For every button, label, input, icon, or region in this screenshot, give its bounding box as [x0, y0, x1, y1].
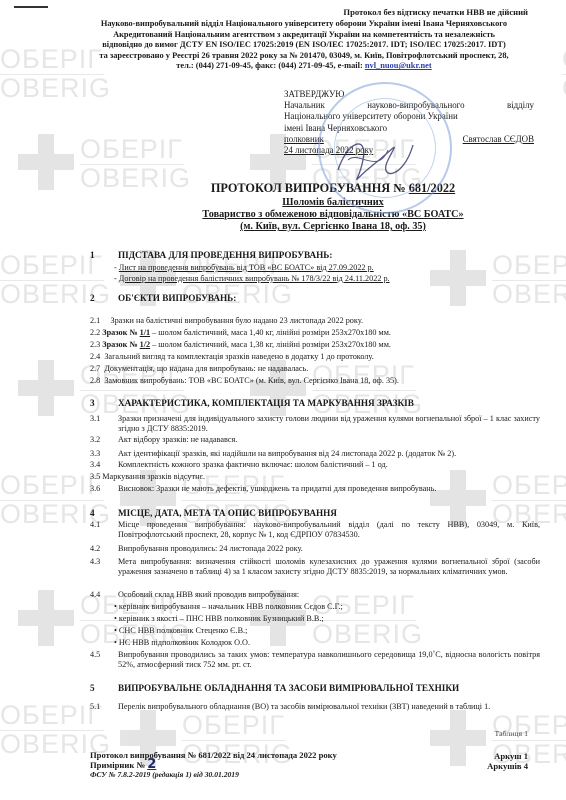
- watermark: ОБЕРІГOBERIG: [430, 250, 566, 310]
- personnel-item: • керівник випробування – начальник НВВ …: [114, 602, 343, 611]
- list-item: 2.1 Зразки на балістичні випробування бу…: [90, 316, 363, 325]
- list-item: 4.4Особовий склад НВВ який проводив випр…: [90, 590, 540, 600]
- table-caption: Таблиця 1: [495, 729, 528, 738]
- corner-mark: [14, 6, 48, 8]
- validity-note: Протокол без відтиску печатки НВВ не дій…: [343, 7, 528, 17]
- list-item: 4.2Випробування проводились: 24 листопад…: [90, 544, 540, 554]
- header-line: Науково-випробувальний відділ Національн…: [76, 19, 532, 30]
- list-item: 3.2Акт відбору зразків: не надавався.: [90, 435, 540, 445]
- contact-line: тел.: (044) 271-09-45, факс: (044) 271-0…: [76, 61, 532, 72]
- list-item: 3.6Висновок: Зразки не мають дефектів, у…: [90, 484, 540, 494]
- company-name: Товариство з обмеженою відповідальністю …: [100, 209, 566, 220]
- list-item: 3.3Акт ідентифікації зразків, які надійш…: [90, 449, 540, 459]
- form-reference: ФСУ № 7.8.2-2019 (редакція 1) від 30.01.…: [90, 770, 337, 780]
- list-item: 2.8 Замовник випробувань: ТОВ «ВС БОАТС»…: [90, 376, 399, 385]
- sheet-total: Аркушів 4: [487, 761, 528, 771]
- header-line: та зареєстровано у Реєстрі 26 травня 202…: [76, 51, 532, 62]
- personnel-item: • керівник з якості – ПНС НВВ полковник …: [114, 614, 324, 623]
- personnel-item: • СНС НВВ полковник Стеценко Є.В.;: [114, 626, 247, 635]
- personnel-item: • НС НВВ підполковник Колодюк О.О.: [114, 638, 250, 647]
- approver-name: Святослав СЄДОВ: [463, 134, 534, 145]
- header-line: відповідно до вимог ДСТУ EN ISO/IEC 1702…: [76, 40, 532, 51]
- organization-header: Науково-випробувальний відділ Національн…: [76, 19, 532, 72]
- list-item: 2.2 Зразок № 1/1 – шолом балістичний, ма…: [90, 328, 391, 337]
- signature: [328, 130, 418, 190]
- page-footer: Протокол випробування № 681/2022 від 24 …: [90, 750, 337, 780]
- list-item: 3.4Комплектність кожного зразка фактично…: [90, 460, 540, 470]
- list-item: 2.4 Загальний вигляд та комплектація зра…: [90, 352, 374, 361]
- sheet-info: Аркуш 1 Аркушів 4: [487, 751, 528, 771]
- basis-item: - Договір на проведення балістичних випр…: [114, 274, 390, 283]
- list-item: 4.5Випробування проводились за таких умо…: [90, 650, 540, 670]
- list-item: 3.5 Маркування зразків відсутнє.: [90, 472, 205, 481]
- basis-item: - Лист на проведення випробувань від ТОВ…: [114, 263, 374, 272]
- footer-copy: Примірник № 2: [90, 760, 337, 770]
- sheet-number: Аркуш 1: [487, 751, 528, 761]
- email-link[interactable]: nvl_nuou@ukr.net: [365, 61, 432, 70]
- list-item: 3.1Зразки призначені для індивідуального…: [90, 414, 540, 434]
- list-item: 2.7 Документація, що надана для випробув…: [90, 364, 308, 373]
- list-item: 4.1Місце проведення випробування: науков…: [90, 520, 540, 540]
- list-item: 5.1Перелік випробувального обладнання (В…: [90, 702, 540, 722]
- header-line: Акредитований Національним агентством з …: [76, 30, 532, 41]
- subject: Шоломів балістичних: [100, 197, 566, 208]
- list-item: 4.3Мета випробування: визначення стійкос…: [90, 557, 540, 587]
- company-address: (м. Київ, вул. Сергієнко Івана 18, оф. 3…: [100, 221, 566, 232]
- footer-protocol: Протокол випробування № 681/2022 від 24 …: [90, 750, 337, 760]
- list-item: 2.3 Зразок № 1/2 – шолом балістичний, ма…: [90, 340, 391, 349]
